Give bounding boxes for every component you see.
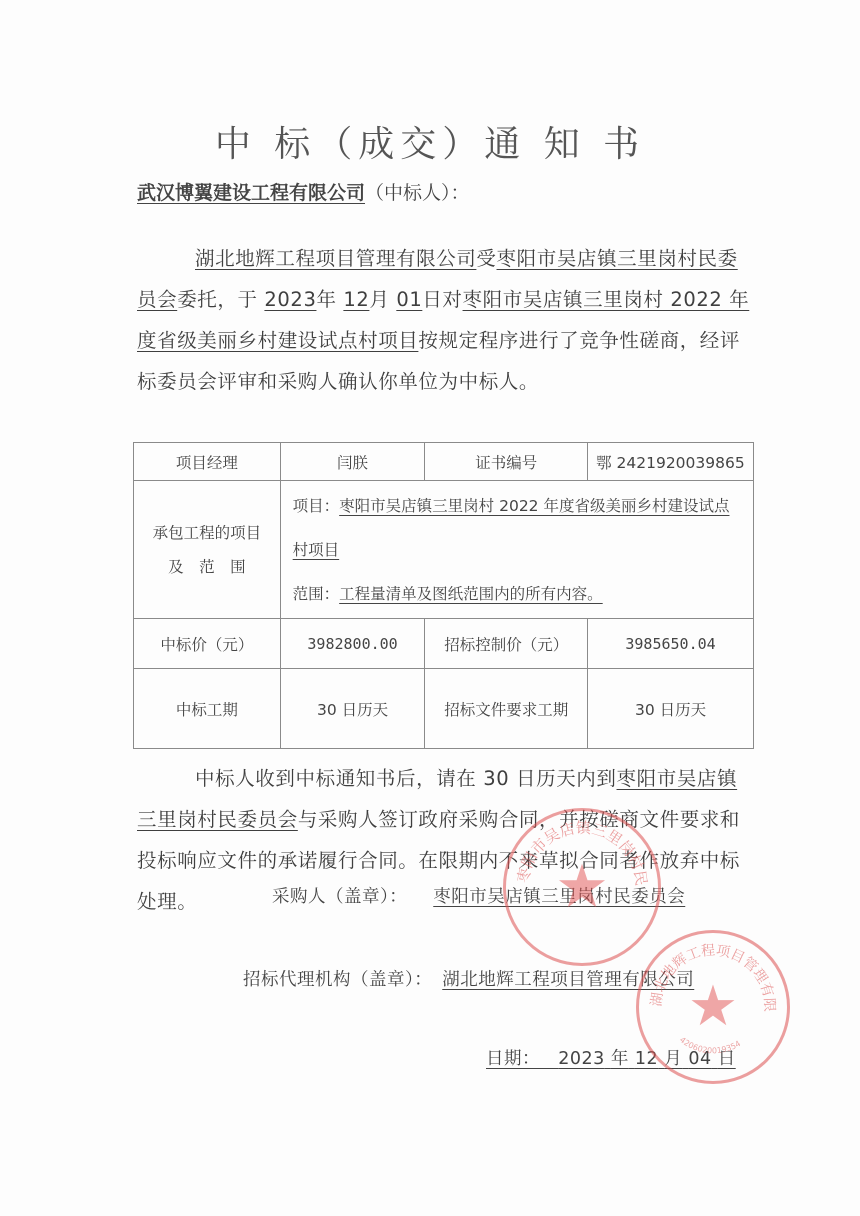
agent-signature: 招标代理机构（盖章）：湖北地辉工程项目管理有限公司 (243, 966, 694, 991)
date-month-unit: 月 (664, 1049, 682, 1069)
agent-name: 湖北地辉工程项目管理有限公司 (432, 970, 694, 990)
date: 日期： 2023 年 12 月 04 日 (486, 1049, 736, 1069)
page-title: 中 标（成交）通 知 书 (0, 116, 860, 167)
notice-text: 中标人收到中标通知书后，请在 30 日历天内到 (195, 767, 617, 790)
award-price: 3982800.00 (280, 619, 425, 669)
scope-line: 范围：工程量清单及图纸范围内的所有内容。 (293, 572, 753, 616)
label-award-price: 中标价（元） (134, 619, 281, 669)
scope-prefix: 范围： (293, 585, 340, 603)
purchaser-label: 采购人（盖章）： (272, 887, 407, 907)
certificate-number: 鄂 2421920039865 (588, 443, 754, 481)
addressee-company: 武汉博翼建设工程有限公司 (137, 182, 365, 204)
addressee-suffix: （中标人）： (365, 182, 470, 204)
table-row: 承包工程的项目 及 范 围 项目：枣阳市吴店镇三里岗村 2022 年度省级美丽乡… (134, 481, 754, 619)
agent-label: 招标代理机构（盖章）： (243, 970, 432, 990)
project-manager: 闫朕 (280, 443, 425, 481)
date-year-unit: 年 (611, 1049, 629, 1069)
date-label: 日期： (486, 1049, 540, 1069)
label-award-period: 中标工期 (134, 669, 281, 749)
control-price: 3985650.04 (588, 619, 754, 669)
label-project-scope-line1: 承包工程的项目 (134, 516, 280, 550)
table-row: 项目经理 闫朕 证书编号 鄂 2421920039865 (134, 443, 754, 481)
label-certificate-number: 证书编号 (425, 443, 588, 481)
label-control-price: 招标控制价（元） (425, 619, 588, 669)
intro-year: 2023 (264, 288, 316, 311)
project-name: 枣阳市吴店镇三里岗村 2022 年度省级美丽乡村建设试点 (339, 497, 729, 515)
date-month: 12 (635, 1049, 658, 1069)
project-line: 项目：枣阳市吴店镇三里岗村 2022 年度省级美丽乡村建设试点 (293, 484, 753, 528)
purchaser-signature: 采购人（盖章）：枣阳市吴店镇三里岗村民委员会 (272, 883, 685, 908)
star-icon: ★ (688, 979, 738, 1035)
table-row: 中标价（元） 3982800.00 招标控制价（元） 3985650.04 (134, 619, 754, 669)
project-name-cont: 村项目 (293, 528, 753, 572)
table-row: 中标工期 30 日历天 招标文件要求工期 30 日历天 (134, 669, 754, 749)
intro-paragraph: 湖北地辉工程项目管理有限公司受枣阳市吴店镇三里岗村民委员会委托，于 2023年 … (137, 238, 757, 402)
date-year: 2023 (558, 1049, 605, 1069)
intro-text: 月 (369, 288, 389, 311)
addressee: 武汉博翼建设工程有限公司（中标人）： (137, 178, 470, 205)
award-period: 30 日历天 (280, 669, 425, 749)
date-day-unit: 日 (718, 1049, 736, 1069)
project-scope: 项目：枣阳市吴店镇三里岗村 2022 年度省级美丽乡村建设试点 村项目 范围：工… (280, 481, 753, 619)
label-project-manager: 项目经理 (134, 443, 281, 481)
award-info-table: 项目经理 闫朕 证书编号 鄂 2421920039865 承包工程的项目 及 范… (133, 442, 754, 749)
intro-text: 委托，于 (177, 288, 257, 311)
intro-day: 01 (396, 288, 422, 311)
scope-text: 工程量清单及图纸范围内的所有内容。 (339, 585, 603, 603)
required-period: 30 日历天 (588, 669, 754, 749)
label-project-scope: 承包工程的项目 及 范 围 (134, 481, 281, 619)
intro-text: 日对 (422, 288, 462, 311)
purchaser-name: 枣阳市吴店镇三里岗村民委员会 (433, 887, 685, 907)
intro-agent: 湖北地辉工程项目管理有限公司 (195, 247, 476, 270)
intro-text: 年 (316, 288, 336, 311)
project-prefix: 项目： (293, 497, 340, 515)
date-day: 04 (688, 1049, 711, 1069)
intro-text: 受 (476, 247, 496, 270)
label-project-scope-line2: 及 范 围 (134, 550, 280, 584)
intro-month: 12 (343, 288, 369, 311)
label-required-period: 招标文件要求工期 (425, 669, 588, 749)
date-line: 日期： 2023 年 12 月 04 日 (486, 1045, 736, 1070)
